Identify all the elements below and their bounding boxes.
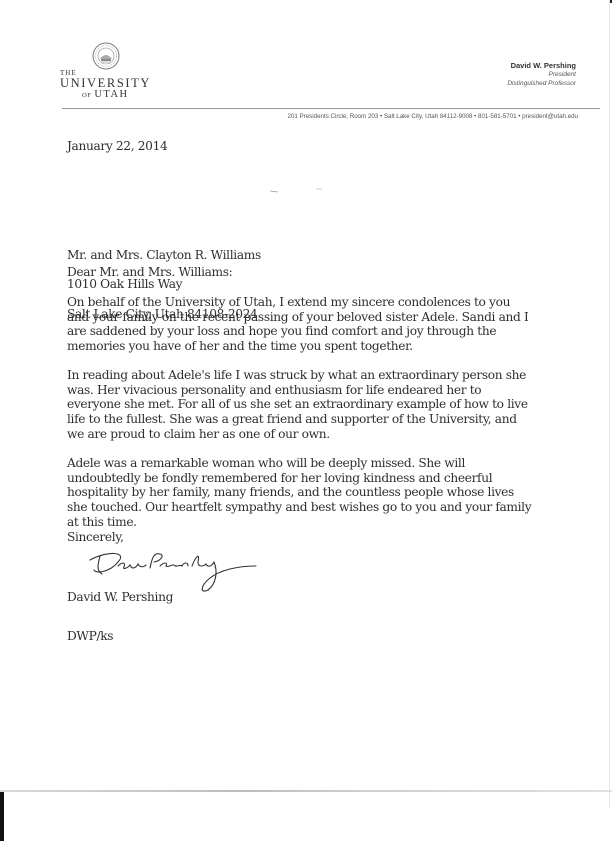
paragraph-2: In reading about Adele's life I was stru… <box>67 368 597 442</box>
signer-name: David W. Pershing <box>67 590 173 605</box>
recipient-name: Mr. and Mrs. Clayton R. Williams <box>67 248 261 263</box>
scan-left-bar <box>0 792 4 841</box>
university-seal-icon <box>92 42 120 70</box>
sender-name: David W. Pershing <box>507 61 576 71</box>
letter-date: January 22, 2014 <box>67 139 167 154</box>
scan-bottom-edge <box>0 790 612 792</box>
closing: Sincerely, <box>67 530 124 545</box>
scan-specks <box>270 188 340 198</box>
logo-of: OF <box>82 92 91 99</box>
scan-right-edge <box>609 0 610 808</box>
paragraph-3: Adele was a remarkable woman who will be… <box>67 456 597 530</box>
typist-initials: DWP/ks <box>67 629 113 644</box>
logo-utah: UTAH <box>94 89 128 100</box>
paragraph-1: On behalf of the University of Utah, I e… <box>67 295 597 354</box>
sender-block: David W. Pershing President Distinguishe… <box>507 61 576 88</box>
salutation: Dear Mr. and Mrs. Williams: <box>67 265 232 280</box>
letterhead-rule <box>62 108 600 109</box>
letterhead-address: 201 Presidents Circle, Room 203 • Salt L… <box>288 113 578 120</box>
letter-page: THE UNIVERSITY OFUTAH David W. Pershing … <box>0 0 612 841</box>
sender-title-2: Distinguished Professor <box>507 80 576 89</box>
logo-of-utah: OFUTAH <box>82 89 129 100</box>
sender-title: President <box>507 71 576 80</box>
